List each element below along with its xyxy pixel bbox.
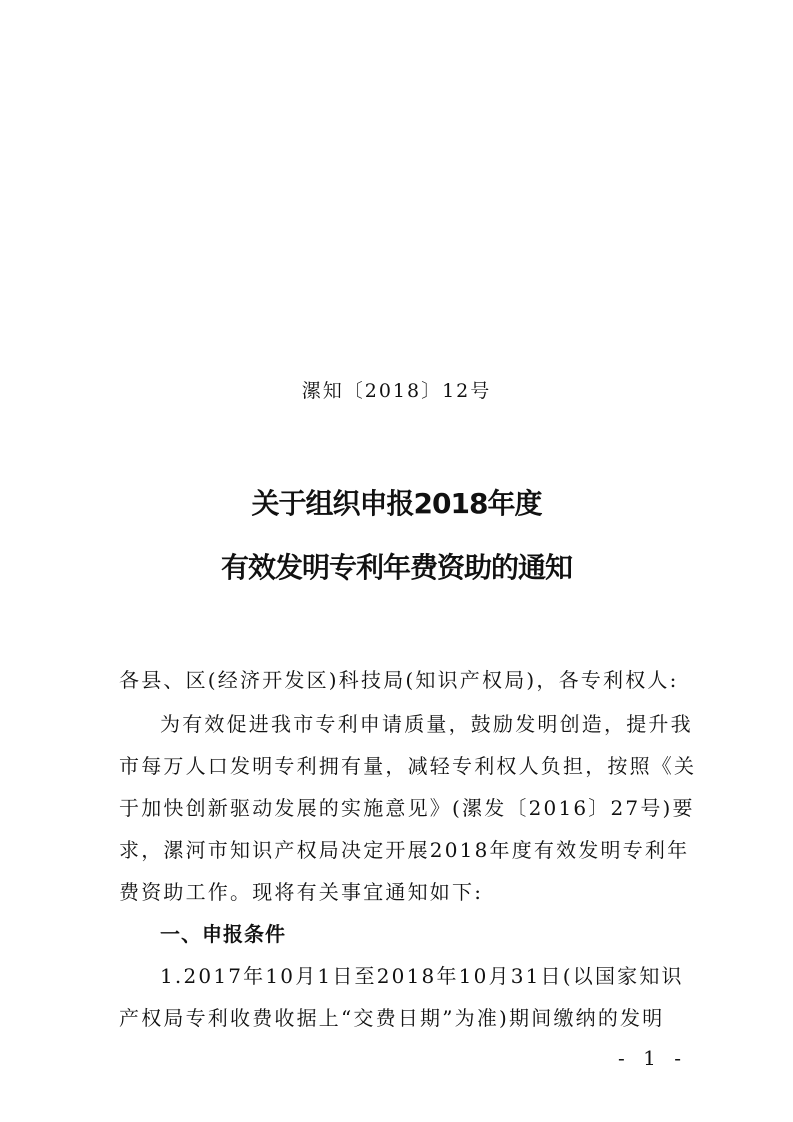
salutation: 各县、区(经济开发区)科技局(知识产权局)，各专利权人: xyxy=(119,664,679,693)
item-line-1: 1.2017年10月1日至2018年10月31日(以国家知识 xyxy=(160,960,720,989)
body-line-2: 市每万人口发明专利拥有量，减轻专利权人负担，按照《关 xyxy=(119,750,679,779)
document-page: 漯知〔2018〕12号 关于组织申报2018年度 有效发明专利年费资助的通知 各… xyxy=(0,0,793,1122)
body-line-3: 于加快创新驱动发展的实施意见》(漯发〔2016〕27号)要 xyxy=(119,792,679,821)
title-line-1: 关于组织申报2018年度 xyxy=(0,482,793,522)
item-line-2: 产权局专利收费收据上“交费日期”为准)期间缴纳的发明 xyxy=(119,1002,679,1031)
body-line-1: 为有效促进我市专利申请质量，鼓励发明创造，提升我 xyxy=(160,708,720,737)
body-line-5: 费资助工作。现将有关事宜通知如下: xyxy=(119,876,679,905)
document-number: 漯知〔2018〕12号 xyxy=(0,376,793,403)
page-number: - 1 - xyxy=(618,1046,687,1070)
body-line-4: 求，漯河市知识产权局决定开展2018年度有效发明专利年 xyxy=(119,834,679,863)
section-heading: 一、申报条件 xyxy=(160,918,720,947)
title-line-2: 有效发明专利年费资助的通知 xyxy=(0,546,793,586)
